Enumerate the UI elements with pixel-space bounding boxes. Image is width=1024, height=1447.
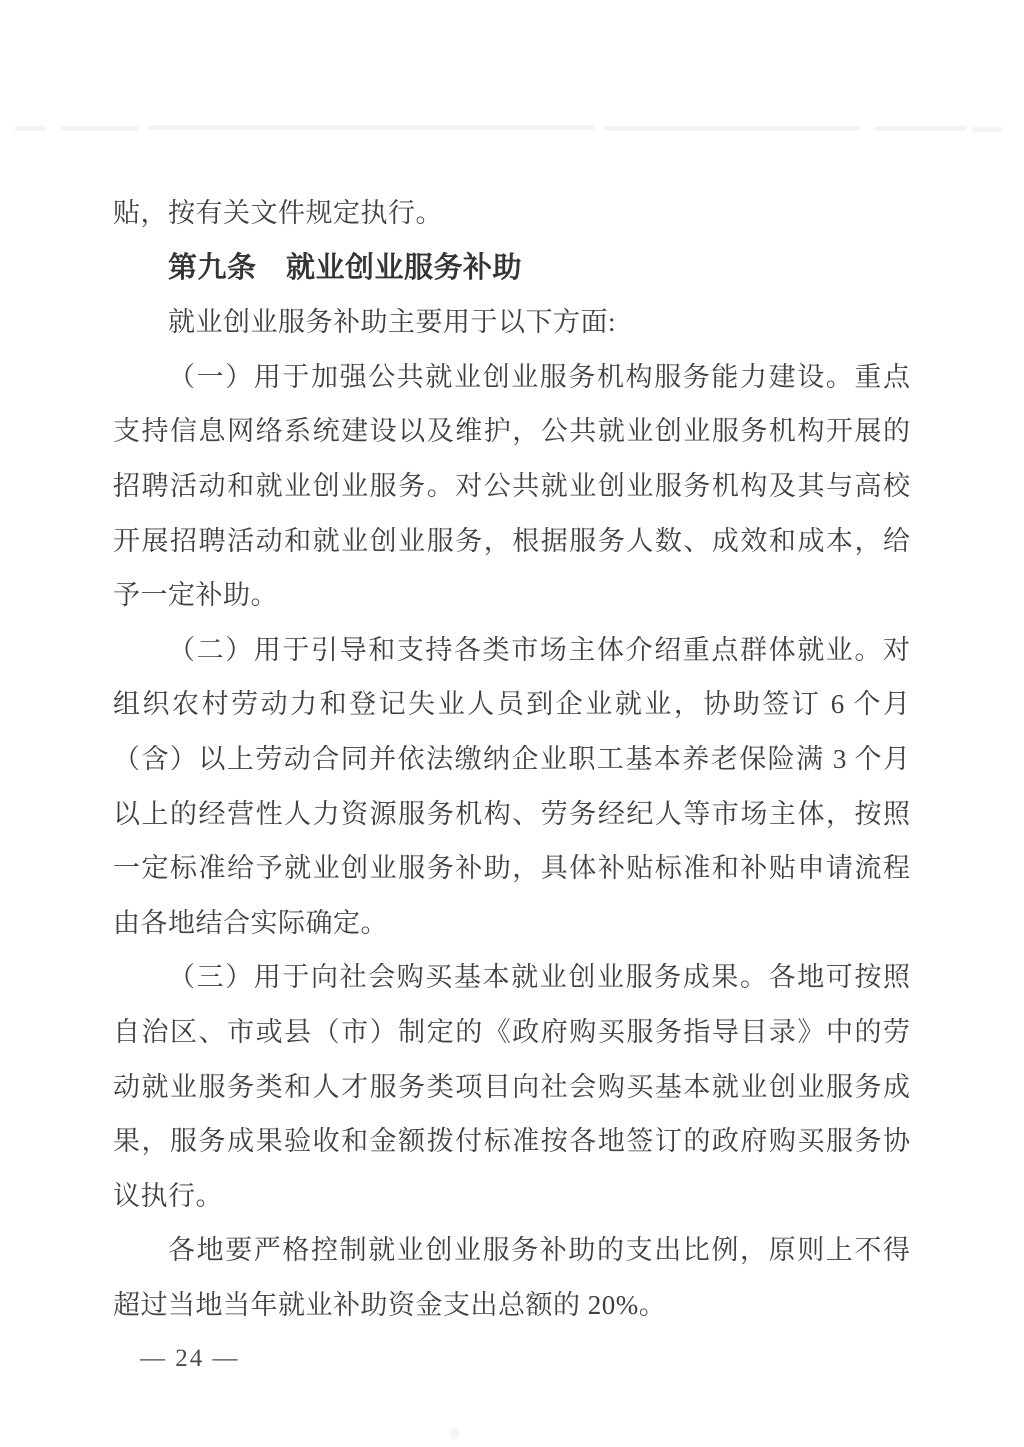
- scan-artifact: [604, 126, 860, 131]
- text-line: 就业创业服务补助主要用于以下方面:: [113, 295, 910, 350]
- scan-artifact: [875, 126, 967, 131]
- text-line: 各地要严格控制就业创业服务补助的支出比例，原则上不得: [113, 1223, 910, 1278]
- document-body: 贴，按有关文件规定执行。 第九条 就业创业服务补助 就业创业服务补助主要用于以下…: [113, 186, 910, 1332]
- text-line: 开展招聘活动和就业创业服务，根据服务人数、成效和成本，给: [113, 514, 910, 569]
- text-line: 招聘活动和就业创业服务。对公共就业创业服务机构及其与高校: [113, 459, 910, 514]
- page-number: — 24 —: [140, 1345, 240, 1373]
- scan-artifact: [450, 1428, 459, 1440]
- text-line: 贴，按有关文件规定执行。: [113, 186, 910, 241]
- text-line: （含）以上劳动合同并依法缴纳企业职工基本养老保险满 3 个月: [113, 732, 910, 787]
- text-line: 超过当地当年就业补助资金支出总额的 20%。: [113, 1278, 910, 1333]
- scan-artifact: [15, 126, 46, 131]
- scan-artifact: [148, 125, 594, 130]
- text-line: 议执行。: [113, 1169, 910, 1224]
- text-line: 由各地结合实际确定。: [113, 896, 910, 951]
- scanned-document-page: 贴，按有关文件规定执行。 第九条 就业创业服务补助 就业创业服务补助主要用于以下…: [0, 0, 1024, 1447]
- text-line: 支持信息网络系统建设以及维护，公共就业创业服务机构开展的: [113, 404, 910, 459]
- text-line: （三）用于向社会购买基本就业创业服务成果。各地可按照: [113, 950, 910, 1005]
- text-line: 自治区、市或县（市）制定的《政府购买服务指导目录》中的劳: [113, 1005, 910, 1060]
- article-heading: 第九条 就业创业服务补助: [113, 241, 910, 296]
- text-line: 组织农村劳动力和登记失业人员到企业就业，协助签订 6 个月: [113, 677, 910, 732]
- text-line: 一定标准给予就业创业服务补助，具体补贴标准和补贴申请流程: [113, 841, 910, 896]
- text-line: 动就业服务类和人才服务类项目向社会购买基本就业创业服务成: [113, 1060, 910, 1115]
- scan-artifact: [61, 126, 138, 131]
- text-line: 以上的经营性人力资源服务机构、劳务经纪人等市场主体，按照: [113, 787, 910, 842]
- text-line: （一）用于加强公共就业创业服务机构服务能力建设。重点: [113, 350, 910, 405]
- text-line: （二）用于引导和支持各类市场主体介绍重点群体就业。对: [113, 623, 910, 678]
- text-line: 予一定补助。: [113, 568, 910, 623]
- scan-artifact: [972, 127, 1003, 132]
- text-line: 果，服务成果验收和金额拨付标准按各地签订的政府购买服务协: [113, 1114, 910, 1169]
